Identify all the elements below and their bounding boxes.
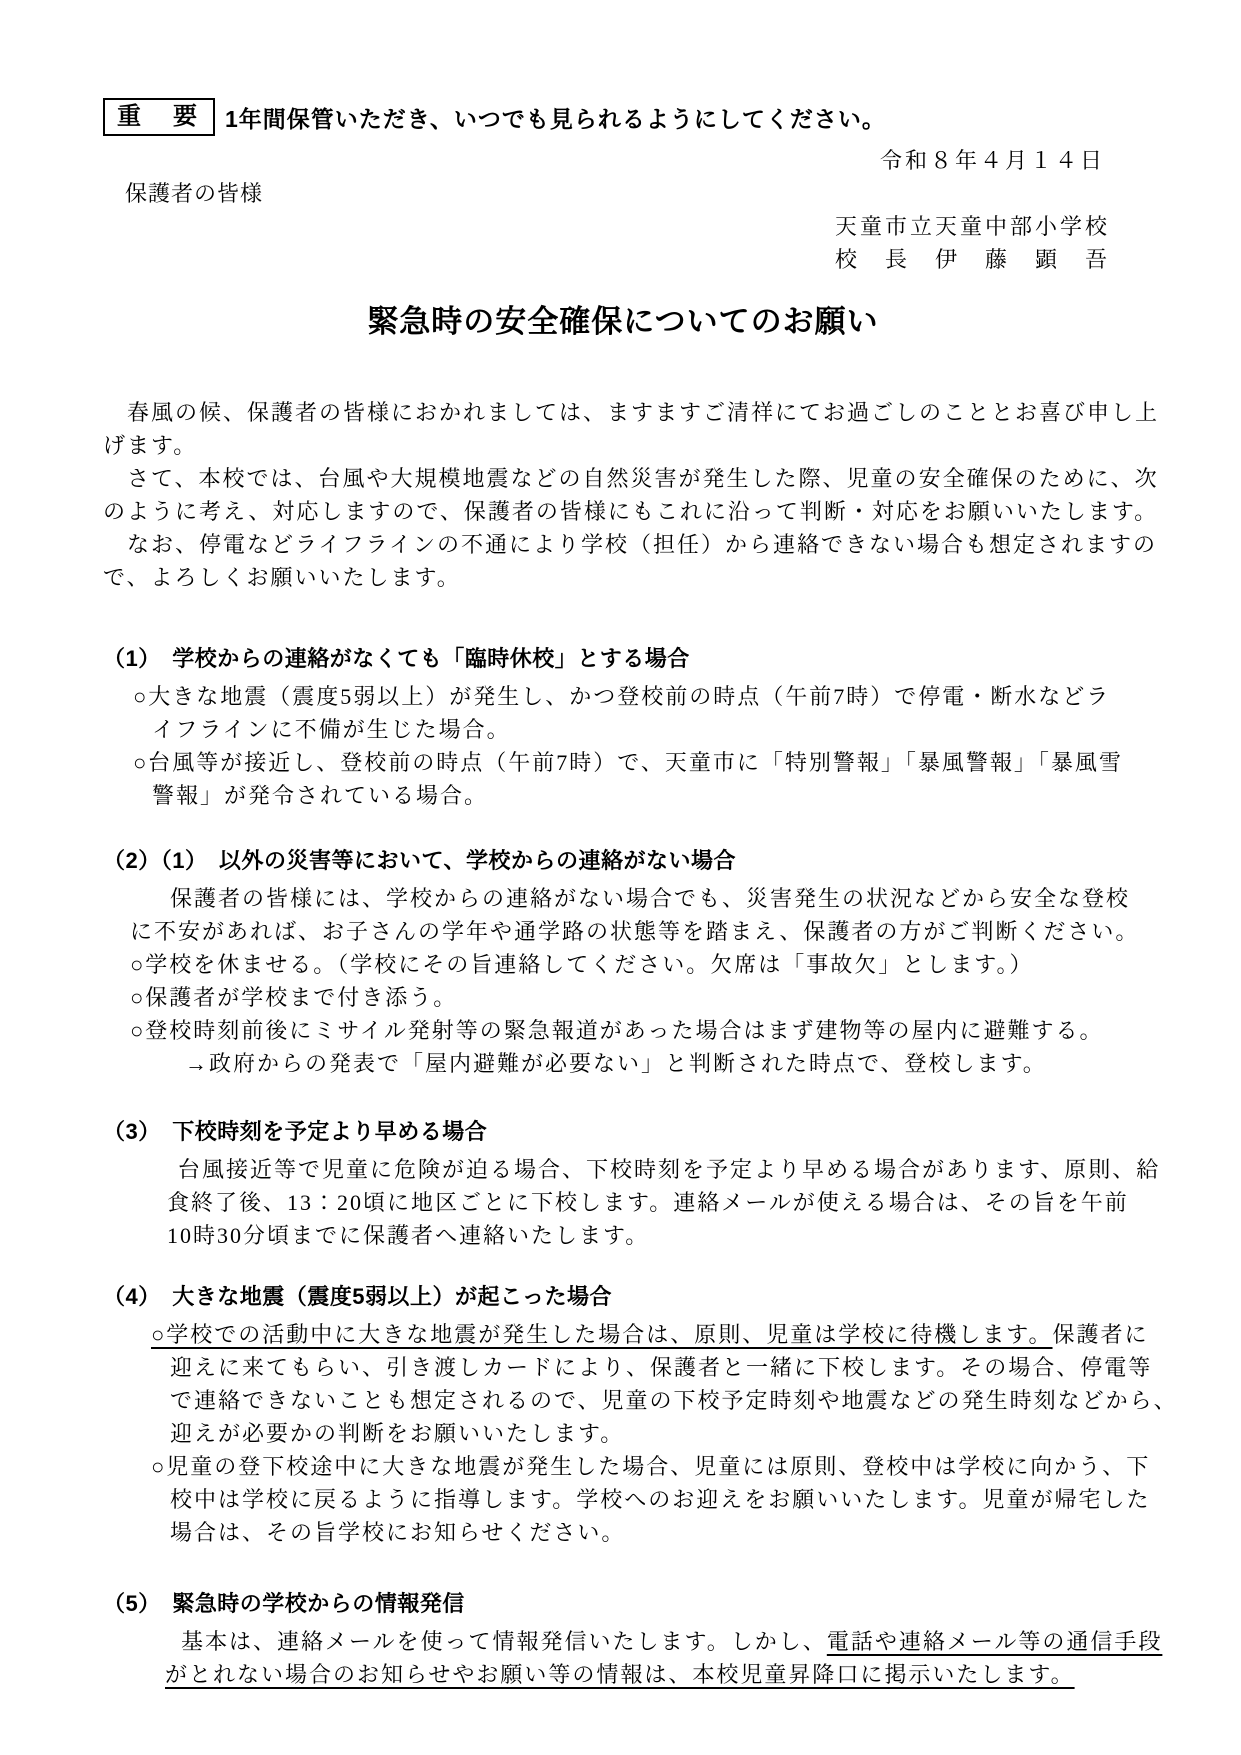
text-line: ○登校時刻前後にミサイル発射等の緊急報道があった場合はまず建物等の屋内に避難する… [103,1014,1143,1047]
intro-line: さて、本校では、台風や大規模地震などの自然災害が発生した際、児童の安全確保のため… [103,462,1143,495]
text-line: →政府からの発表で「屋内避難が必要ない」と判断された時点で、登校します。 [103,1047,1143,1080]
intro-paragraphs: 春風の候、保護者の皆様におかれましては、ますますご清祥にてお過ごしのこととお喜び… [103,396,1143,594]
text-segment: ○学校を休ませる。（学校にその旨連絡してください。欠席は「事故欠」とします。） [130,952,1034,977]
text-segment: →政府からの発表で「屋内避難が必要ない」と判断された時点で、登校します。 [185,1051,1047,1076]
section-5: （5） 緊急時の学校からの情報発信基本は、連絡メールを使って情報発信いたします。… [103,1587,1143,1691]
important-badge: 重 要 [103,98,215,136]
text-line: 台風接近等で児童に危険が迫る場合、下校時刻を予定より早める場合があります、原則、… [103,1153,1143,1186]
text-segment: ○保護者が学校まで付き添う。 [130,985,457,1010]
text-segment: ○大きな地震（震度5弱以上）が発生し、かつ登校前の時点（午前7時）で停電・断水な… [133,684,1110,709]
text-line: ○保護者が学校まで付き添う。 [103,981,1143,1014]
section-heading: （2）（1） 以外の災害等において、学校からの連絡がない場合 [103,844,1143,877]
text-line: 迎えが必要かの判断をお願いいたします。 [103,1417,1143,1450]
text-line: がとれない場合のお知らせやお願い等の情報は、本校児童昇降口に掲示いたします。 [103,1658,1143,1691]
sender-principal: 校 長 伊 藤 顕 吾 [835,243,1143,276]
text-line: ○学校での活動中に大きな地震が発生した場合は、原則、児童は学校に待機します。保護… [103,1318,1143,1351]
text-line: 校中は学校に戻るように指導します。学校へのお迎えをお願いいたします。児童が帰宅し… [103,1483,1143,1516]
section-4: （4） 大きな地震（震度5弱以上）が起こった場合○学校での活動中に大きな地震が発… [103,1280,1143,1549]
document-date: 令和８年４月１４日 [103,144,1143,177]
section-heading: （4） 大きな地震（震度5弱以上）が起こった場合 [103,1280,1143,1313]
section-3: （3） 下校時刻を予定より早める場合台風接近等で児童に危険が迫る場合、下校時刻を… [103,1115,1143,1252]
text-segment: 保護者に [1053,1322,1149,1347]
text-segment: ○台風等が接近し、登校前の時点（午前7時）で、天童市に「特別警報」「暴風警報」「… [133,750,1123,775]
text-line: 10時30分頃までに保護者へ連絡いたします。 [103,1219,1143,1252]
underlined-text-segment: ○学校での活動中に大きな地震が発生した場合は、原則、児童は学校に待機します。 [151,1322,1053,1347]
intro-line: なお、停電などライフラインの不通により学校（担任）から連絡できない場合も想定され… [103,528,1143,561]
text-segment: 保護者の皆様には、学校からの連絡がない場合でも、災害発生の状況などから安全な登校 [170,886,1130,911]
text-line: イフラインに不備が生じた場合。 [103,713,1143,746]
text-line: ○台風等が接近し、登校前の時点（午前7時）で、天童市に「特別警報」「暴風警報」「… [103,746,1143,779]
text-segment: 迎えが必要かの判断をお願いいたします。 [170,1421,624,1446]
retention-notice: 1年間保管いただき、いつでも見られるようにしてください。 [225,101,886,134]
section-1: （1） 学校からの連絡がなくても「臨時休校」とする場合○大きな地震（震度5弱以上… [103,642,1143,812]
sender-block: 天童市立天童中部小学校 校 長 伊 藤 顕 吾 [835,210,1143,276]
text-line: 迎えに来てもらい、引き渡しカードにより、保護者と一緒に下校します。その場合、停電… [103,1351,1143,1384]
text-segment: に不安があれば、お子さんの学年や通学路の状態等を踏まえ、保護者の方がご判断くださ… [130,919,1139,944]
intro-line: げます。 [103,429,1143,462]
document-page: 重 要 1年間保管いただき、いつでも見られるようにしてください。 令和８年４月１… [0,0,1241,1755]
section-heading: （1） 学校からの連絡がなくても「臨時休校」とする場合 [103,642,1143,675]
text-line: で連絡できないことも想定されるので、児童の下校予定時刻や地震などの発生時刻などか… [103,1384,1143,1417]
text-line: 保護者の皆様には、学校からの連絡がない場合でも、災害発生の状況などから安全な登校 [103,882,1143,915]
section-2: （2）（1） 以外の災害等において、学校からの連絡がない場合保護者の皆様には、学… [103,844,1143,1080]
text-segment: 場合は、その旨学校にお知らせください。 [170,1520,625,1545]
text-line: ○学校を休ませる。（学校にその旨連絡してください。欠席は「事故欠」とします。） [103,948,1143,981]
document-title: 緊急時の安全確保についてのお願い [103,300,1143,344]
sender-school: 天童市立天童中部小学校 [835,210,1143,243]
text-segment: 校中は学校に戻るように指導します。学校へのお迎えをお願いいたします。児童が帰宅し… [170,1487,1150,1512]
text-line: に不安があれば、お子さんの学年や通学路の状態等を踏まえ、保護者の方がご判断くださ… [103,915,1143,948]
underlined-text-segment: 電話や連絡メール等の通信手段 [827,1629,1163,1654]
text-segment: で連絡できないことも想定されるので、児童の下校予定時刻や地震などの発生時刻などか… [170,1388,1178,1413]
text-line: 基本は、連絡メールを使って情報発信いたします。しかし、電話や連絡メール等の通信手… [103,1625,1143,1658]
underlined-text-segment: がとれない場合のお知らせやお願い等の情報は、本校児童昇降口に掲示いたします。 [165,1662,1075,1687]
text-segment: 台風接近等で児童に危険が迫る場合、下校時刻を予定より早める場合があります、原則、… [178,1157,1160,1182]
intro-line: で、よろしくお願いいたします。 [103,561,1143,594]
important-notice-row: 重 要 1年間保管いただき、いつでも見られるようにしてください。 [103,96,1143,138]
text-segment: ○登校時刻前後にミサイル発射等の緊急報道があった場合はまず建物等の屋内に避難する… [130,1018,1104,1043]
sections-container: （1） 学校からの連絡がなくても「臨時休校」とする場合○大きな地震（震度5弱以上… [103,642,1143,1691]
text-line: ○児童の登下校途中に大きな地震が発生した場合、児童には原則、登校中は学校に向かう… [103,1450,1143,1483]
text-segment: 食終了後、13：20頃に地区ごとに下校します。連絡メールが使える場合は、その旨を… [167,1190,1129,1215]
text-segment: 基本は、連絡メールを使って情報発信いたします。しかし、 [181,1629,827,1654]
text-line: 警報」が発令されている場合。 [103,779,1143,812]
text-segment: 警報」が発令されている場合。 [152,783,488,808]
section-heading: （5） 緊急時の学校からの情報発信 [103,1587,1143,1620]
text-segment: 迎えに来てもらい、引き渡しカードにより、保護者と一緒に下校します。その場合、停電… [170,1355,1152,1380]
intro-line: 春風の候、保護者の皆様におかれましては、ますますご清祥にてお過ごしのこととお喜び… [103,396,1143,429]
text-line: 食終了後、13：20頃に地区ごとに下校します。連絡メールが使える場合は、その旨を… [103,1186,1143,1219]
intro-line: のように考え、対応しますので、保護者の皆様にもこれに沿って判断・対応をお願いいた… [103,495,1143,528]
text-segment: イフラインに不備が生じた場合。 [152,717,511,742]
section-heading: （3） 下校時刻を予定より早める場合 [103,1115,1143,1148]
addressee: 保護者の皆様 [125,177,1143,210]
text-segment: ○児童の登下校途中に大きな地震が発生した場合、児童には原則、登校中は学校に向かう… [151,1454,1150,1479]
text-line: 場合は、その旨学校にお知らせください。 [103,1516,1143,1549]
text-line: ○大きな地震（震度5弱以上）が発生し、かつ登校前の時点（午前7時）で停電・断水な… [103,680,1143,713]
text-segment: 10時30分頃までに保護者へ連絡いたします。 [167,1223,649,1248]
